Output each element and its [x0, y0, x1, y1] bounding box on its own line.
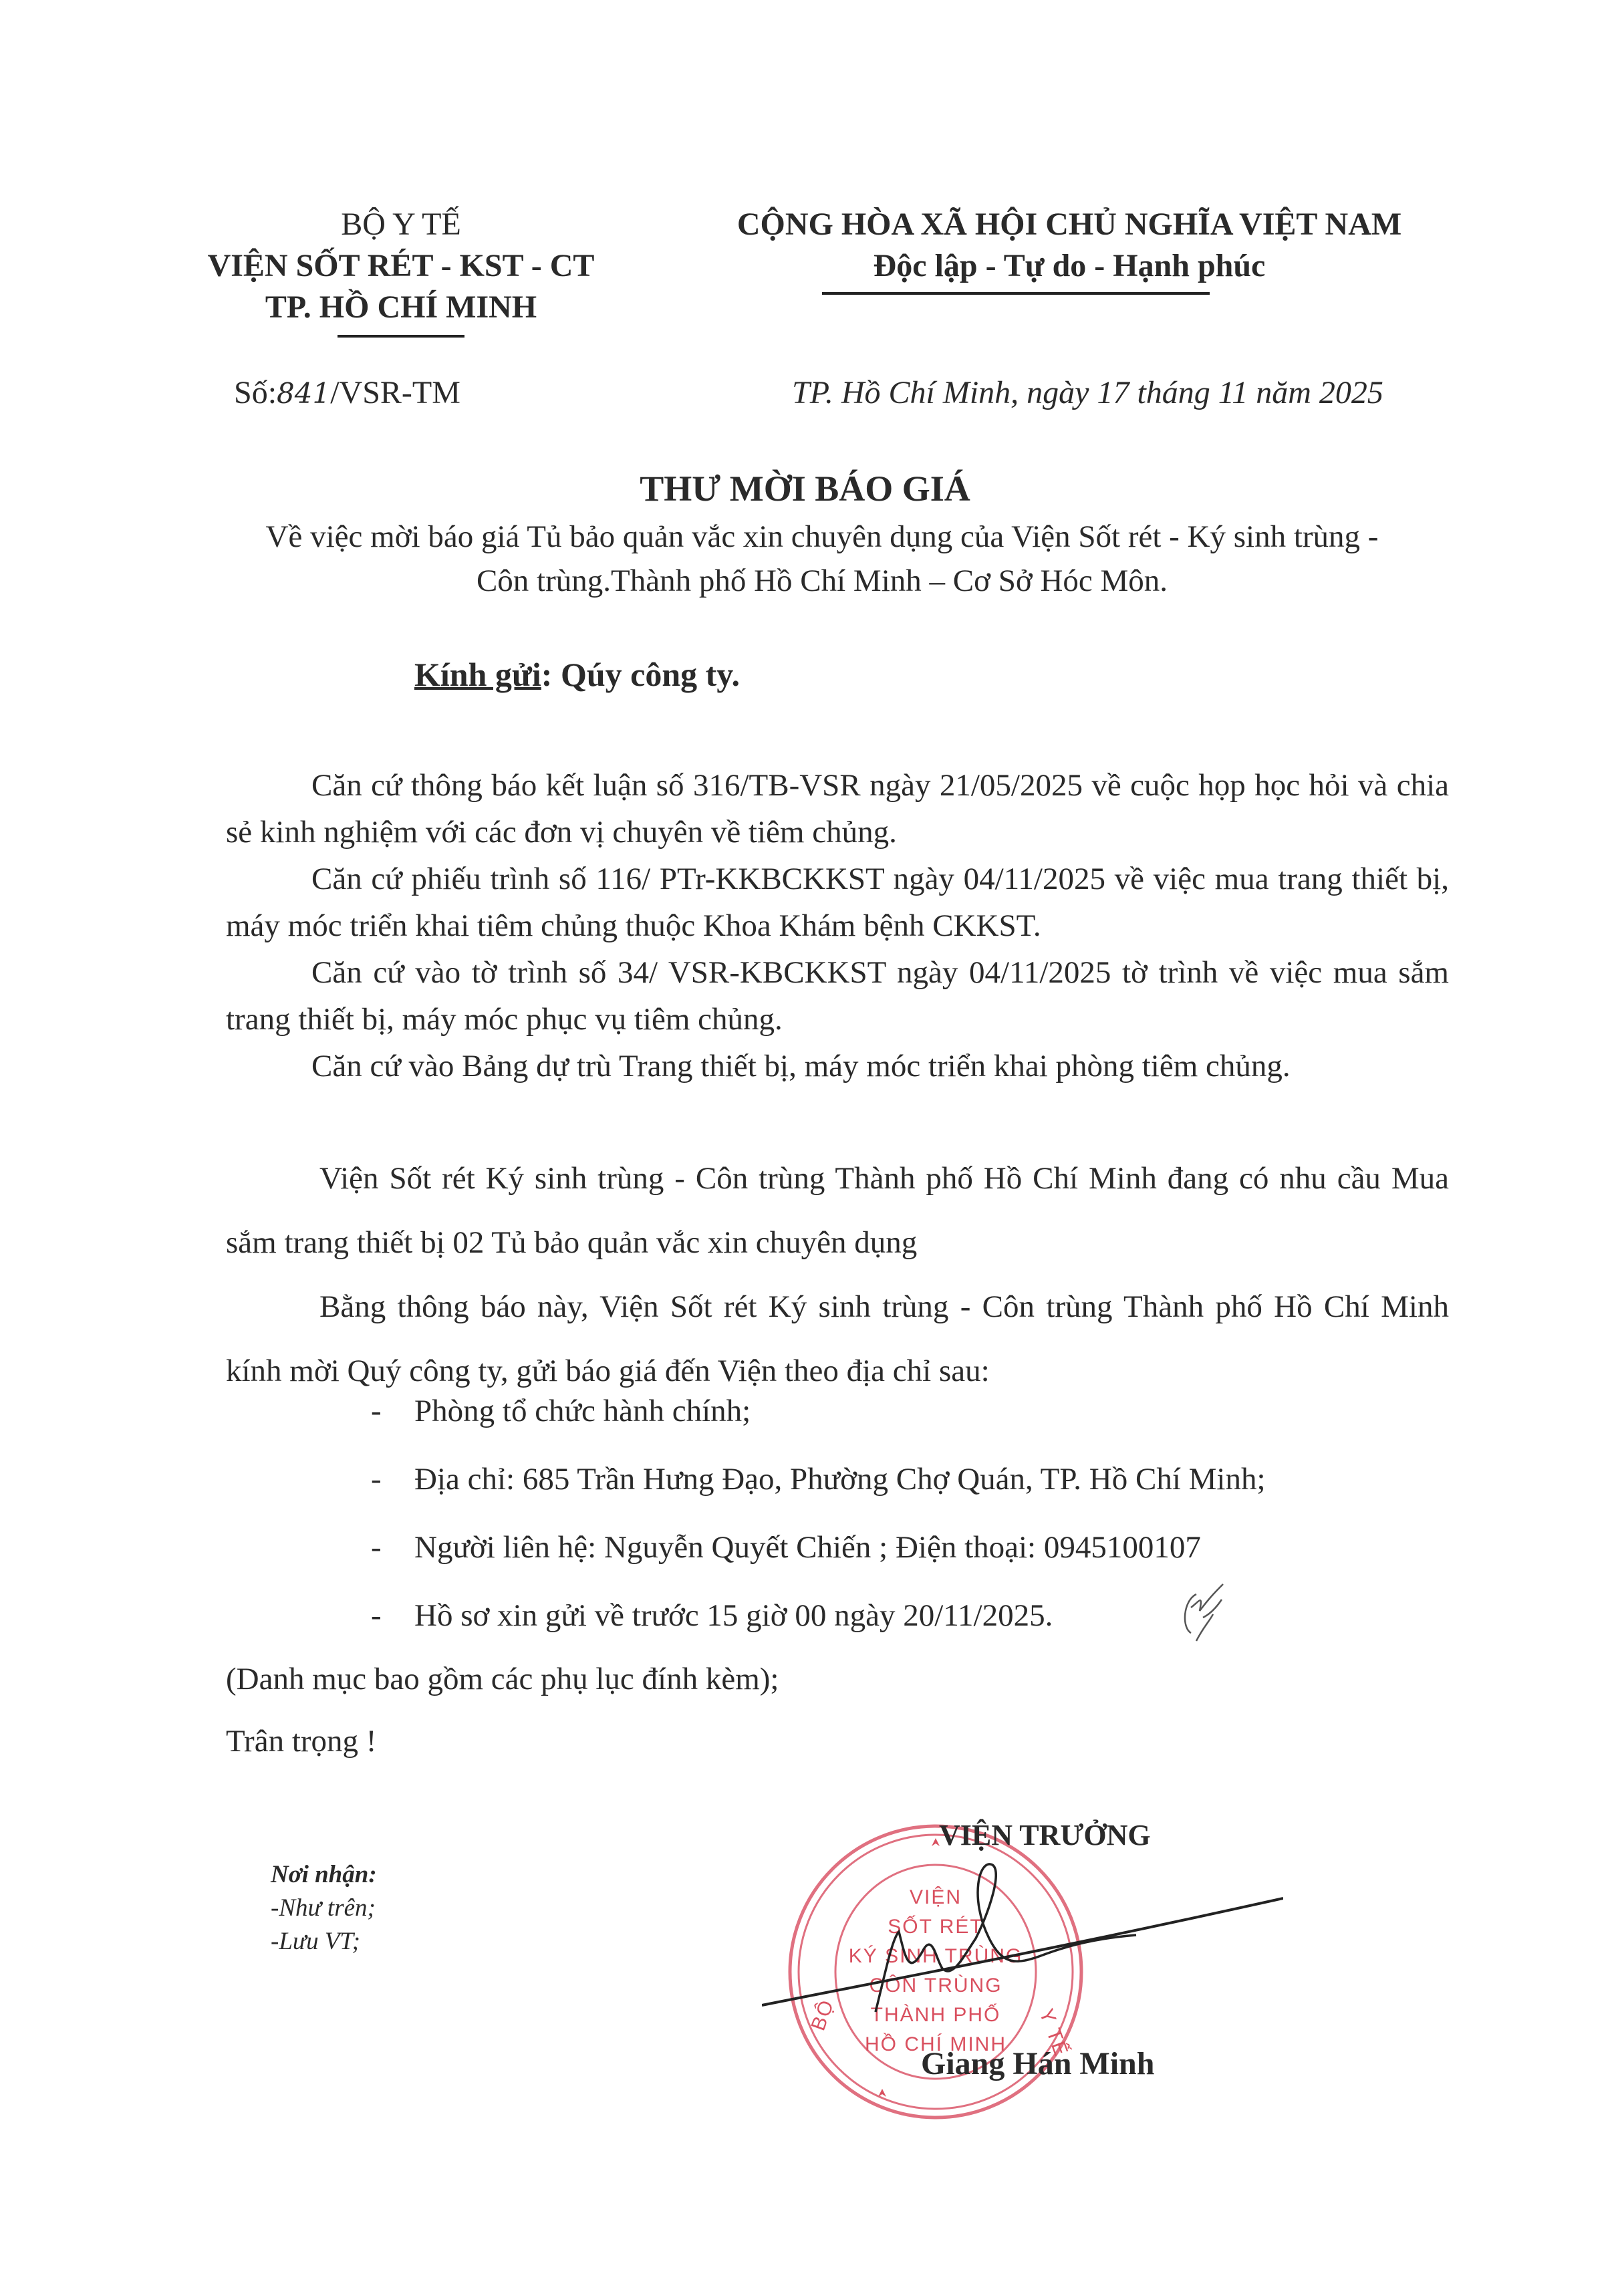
recipients-block: Nơi nhận: -Như trên; -Lưu VT; [271, 1858, 377, 1958]
basis-paragraph: Căn cứ phiếu trình số 116/ PTr-KKBCKKST … [226, 856, 1449, 949]
legal-bases: Căn cứ thông báo kết luận số 316/TB-VSR … [226, 762, 1449, 1090]
institute-city: TP. HỒ CHÍ MINH [134, 287, 668, 328]
greeting-recipient: : Qúy công ty. [541, 656, 740, 693]
issuing-agency-block: BỘ Y TẾ VIỆN SỐT RÉT - KST - CT TP. HỒ C… [134, 204, 668, 338]
closing-greeting: Trân trọng ! [226, 1723, 376, 1759]
submission-deadline: Hồ sơ xin gửi về trước 15 giờ 00 ngày 20… [371, 1581, 1266, 1650]
signatory-name: Giang Hán Minh [921, 2045, 1154, 2082]
reference-number-handwritten: 841 [277, 377, 330, 410]
agency-divider [338, 335, 464, 338]
initials-mark [1176, 1581, 1236, 1644]
country-name: CỘNG HÒA XÃ HỘI CHỦ NGHĨA VIỆT NAM [635, 204, 1504, 245]
greeting: Kính gửi: Qúy công ty. [414, 655, 740, 694]
basis-paragraph: Căn cứ thông báo kết luận số 316/TB-VSR … [226, 762, 1449, 856]
document-date: TP. Hồ Chí Minh, ngày 17 tháng 11 năm 20… [792, 374, 1383, 411]
contact-address: Địa chỉ: 685 Trần Hưng Đạo, Phường Chợ Q… [371, 1445, 1266, 1513]
recipient-item: -Lưu VT; [271, 1925, 377, 1958]
signatory-title: VIỆN TRƯỞNG [939, 1818, 1151, 1852]
document-subject: Về việc mời báo giá Tủ bảo quản vắc xin … [254, 515, 1390, 603]
contact-department: Phòng tổ chức hành chính; [371, 1377, 1266, 1445]
basis-paragraph: Căn cứ vào Bảng dự trù Trang thiết bị, m… [226, 1043, 1449, 1090]
national-motto-block: CỘNG HÒA XÃ HỘI CHỦ NGHĨA VIỆT NAM Độc l… [635, 204, 1504, 295]
motto-divider [822, 292, 1210, 295]
basis-paragraph: Căn cứ vào tờ trình số 34/ VSR-KBCKKST n… [226, 949, 1449, 1043]
document-title: THƯ MỜI BÁO GIÁ [0, 468, 1610, 509]
need-paragraph: Viện Sốt rét Ký sinh trùng - Côn trùng T… [226, 1146, 1449, 1275]
attachments-note: (Danh mục bao gồm các phụ lục đính kèm); [226, 1661, 779, 1697]
institute-name: VIỆN SỐT RÉT - KST - CT [134, 245, 668, 287]
contact-details: Phòng tổ chức hành chính; Địa chỉ: 685 T… [371, 1377, 1266, 1650]
national-motto: Độc lập - Tự do - Hạnh phúc [635, 245, 1504, 287]
recipients-title: Nơi nhận: [271, 1858, 377, 1892]
seal-star-icon [878, 2089, 886, 2097]
recipient-item: -Như trên; [271, 1892, 377, 1925]
document-reference: Số:841/VSR-TM [234, 374, 460, 411]
contact-person: Người liên hệ: Nguyễn Quyết Chiến ; Điện… [371, 1513, 1266, 1581]
purchase-need: Viện Sốt rét Ký sinh trùng - Côn trùng T… [226, 1146, 1449, 1403]
ministry-name: BỘ Y TẾ [134, 204, 668, 245]
greeting-label: Kính gửi [414, 656, 541, 693]
